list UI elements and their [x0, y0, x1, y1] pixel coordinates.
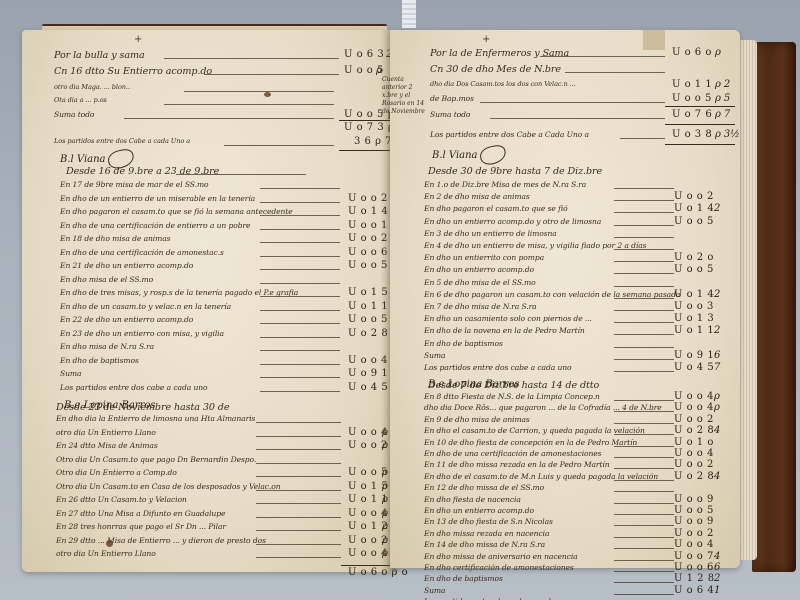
entry-amount: U o 1 4 — [674, 289, 714, 300]
entry-text: En dho de un casam.to y velac.n en la te… — [60, 302, 231, 311]
entry-amount: U o o 4 — [674, 539, 714, 550]
entry-fraction: 2 — [714, 289, 720, 300]
entry-fraction: 7 — [714, 362, 720, 373]
leather-book-cover — [752, 42, 796, 572]
entry-text: Los partidos entre dos cabe a cada uno — [424, 363, 572, 372]
right-page: + Cuenta anterior 2 x.bre y el Rosario e… — [390, 30, 740, 568]
entry-text: En dho missa rezada en nacencia — [424, 529, 549, 538]
entry-fraction: ρ — [714, 402, 720, 413]
entry-amount: U o 9 1 — [674, 350, 714, 361]
entry-amount: U o o 7 — [674, 551, 714, 562]
entry-amount: U o o 5 — [674, 216, 714, 227]
entry-text: Suma — [60, 369, 81, 378]
entry-text: En 8 dtto Fiesta de N.S. de la Limpia Co… — [424, 392, 600, 401]
entry-text: otro dia Un Entierro Llano — [56, 428, 156, 437]
entry-text: otro dia Un Entierro Llano — [56, 549, 156, 558]
entry-fraction: 2 — [714, 203, 720, 214]
entry-amount: U o o 3 — [674, 301, 714, 312]
entry-fraction: 4 — [714, 551, 720, 562]
entry-fraction: 4 — [714, 425, 720, 436]
entry-text: En dho misa de N.ra S.ra — [60, 342, 154, 351]
entry-amount: U o o 6 — [674, 562, 714, 573]
entry-text: En dho un entierro acomp.do — [424, 506, 534, 515]
entry-amount: U o o 5 — [674, 264, 714, 275]
entry-text: Otro dia Un Entierro a Comp.do — [56, 468, 177, 477]
entry-text: En 7 de dho misa de N.ra S.ra — [424, 302, 537, 311]
entry-fraction: 6 — [714, 350, 720, 361]
entry-text: En 5 de dho misa de el SS.mo — [424, 278, 536, 287]
entry-amount: U o o 9 — [674, 494, 714, 505]
entry-text: En dho un entierro acomp.do — [424, 265, 534, 274]
tape-strip — [402, 0, 416, 28]
margin-note: Cuenta anterior 2 x.bre y el Rosario en … — [382, 76, 428, 116]
entry-fraction: ρ — [714, 391, 720, 402]
entry-text: En 12 de dho missa de el SS.mo — [424, 483, 544, 492]
entry-amount: U o o 5 — [674, 505, 714, 516]
entry-amount: U o 4 5 — [674, 362, 714, 373]
paper-tab — [643, 30, 665, 50]
entry-text: En dho de baptismos — [424, 574, 503, 583]
entry-text: En dho de un entierro de un miserable en… — [60, 194, 255, 203]
top-cross-mark: + — [134, 34, 142, 45]
ink-blot — [264, 92, 271, 97]
entry-text: En dho de baptismos — [60, 356, 139, 365]
scanned-ledger-photo: + Por la bulla y samaU o 6 32 Cn 16 dtto… — [0, 0, 800, 600]
entry-text: En dho el casam.to de Carrion, y queda p… — [424, 426, 645, 435]
entry-text: En dho pagaron el casam.to que se fió — [424, 204, 568, 213]
entry-text: En 1.o de Diz.bre Misa de mes de N.ra S.… — [424, 180, 586, 189]
entry-text: En 29 dtto ... Misa de Entierro ... y di… — [56, 536, 266, 545]
entry-text: En 18 de dho misa de animas — [60, 234, 170, 243]
entry-fraction: 2 — [714, 573, 720, 584]
entry-text: En 2 de dho misa de animas — [424, 192, 530, 201]
entry-text: En 28 tres honrras que pago el Sr Dn ...… — [56, 522, 226, 531]
signature: B.l Viana — [60, 154, 106, 165]
entry-text: En dho un casamiento solo con piernos de… — [424, 314, 592, 323]
entry-text: En 23 de dho un entierro con misa, y vig… — [60, 329, 224, 338]
entry-text: En dho de una certificación de amonestac… — [60, 248, 224, 257]
entry-text: En dho fiesta de nacencia — [424, 495, 521, 504]
entry-text: En 13 de dho fiesta de S.n Nicolas — [424, 517, 553, 526]
signature-flourish — [478, 143, 507, 166]
left-page: + Por la bulla y samaU o 6 32 Cn 16 dtto… — [22, 30, 392, 572]
entry-amount: U o o 2 — [674, 414, 714, 425]
entry-text: En dho dia la Entierro de limosna una Ht… — [56, 414, 255, 423]
entry-text: En 27 dtto Una Misa a Difunto en Guadalu… — [56, 509, 225, 518]
entry-amount: U o 1 4 — [674, 203, 714, 214]
entry-text: Suma — [424, 586, 445, 595]
entry-text: En 26 dtto Un Casam.to y Velacion — [56, 495, 187, 504]
entry-text: En 21 de dho un entierro acomp.do — [60, 261, 193, 270]
entry-text: En dho de la novena en la de Pedro Martí… — [424, 326, 585, 335]
entry-fraction: 1 — [714, 585, 720, 596]
entry-text: Los partidos entre dos cabe a cada uno — [60, 383, 208, 392]
entry-amount: U o 1 3 — [674, 313, 714, 324]
entry-text: En dho de una certificación de amonestac… — [424, 449, 601, 458]
top-cross-mark: + — [482, 34, 490, 45]
entry-text: En dho pagaron el casam.to que se fió la… — [60, 207, 293, 216]
entry-text: En dho misa de el SS.mo — [60, 275, 153, 284]
signature: B.l Viana — [432, 150, 478, 161]
entry-amount: U o o 4 — [674, 448, 714, 459]
entry-amount: U o 2 8 — [674, 471, 714, 482]
entry-text: En dho un entierro acomp.do y otro de li… — [424, 217, 601, 226]
entry-fraction: 6 — [714, 562, 720, 573]
entry-amount: U o 6 4 — [674, 585, 714, 596]
entry-text: En 14 de dho missa de N.ra S.ra — [424, 540, 545, 549]
entry-amount: U o o 4 — [674, 402, 714, 413]
entry-amount: U o 2 o — [674, 252, 714, 263]
entry-text: En dho missa de aniversario en nacencia — [424, 552, 578, 561]
entry-text: En 9 de dho misa de animas — [424, 415, 530, 424]
entry-text: En 17 de 9bre misa de mar de el SS.mo — [60, 180, 209, 189]
entry-text: En 11 de dho missa rezada en la de Pedro… — [424, 460, 610, 469]
entry-amount: U o o 4 — [674, 391, 714, 402]
entry-text: En dho de baptismos — [424, 339, 503, 348]
entry-amount: U o 1 1 — [674, 325, 714, 336]
entry-text: En 24 dtto Misa de Animas — [56, 441, 158, 450]
entry-text: En dho de una certificación de entierro … — [60, 221, 250, 230]
entry-amount: U o 2 8 — [674, 425, 714, 436]
entry-text: En dho certificación de amonestaciones — [424, 563, 574, 572]
entry-fraction: 2 — [714, 325, 720, 336]
entry-amount: U o o 2 — [674, 191, 714, 202]
entry-amount: U o o 2 — [674, 528, 714, 539]
entry-text: En dho un entierrito con pompa — [424, 253, 544, 262]
entry-amount: U o o 2 — [674, 459, 714, 470]
entry-amount: U o o 9 — [674, 516, 714, 527]
entry-amount: U o 1 o — [674, 437, 714, 448]
entry-amount: U 1 2 8 — [674, 573, 715, 584]
entry-text: En 10 de dho fiesta de concepción en la … — [424, 438, 637, 447]
entry-text: Otro dia Un Casam.to en Casa de los desp… — [56, 482, 281, 491]
entry-text: En 3 de dho un entierro de limosna — [424, 229, 557, 238]
entry-fraction: 4 — [714, 471, 720, 482]
entry-text: En 22 de dho un entierro acomp.do — [60, 315, 193, 324]
entry-text: Suma — [424, 351, 445, 360]
entry-text: Otro dia Un Casam.to que pago Dn Bernard… — [56, 455, 256, 464]
